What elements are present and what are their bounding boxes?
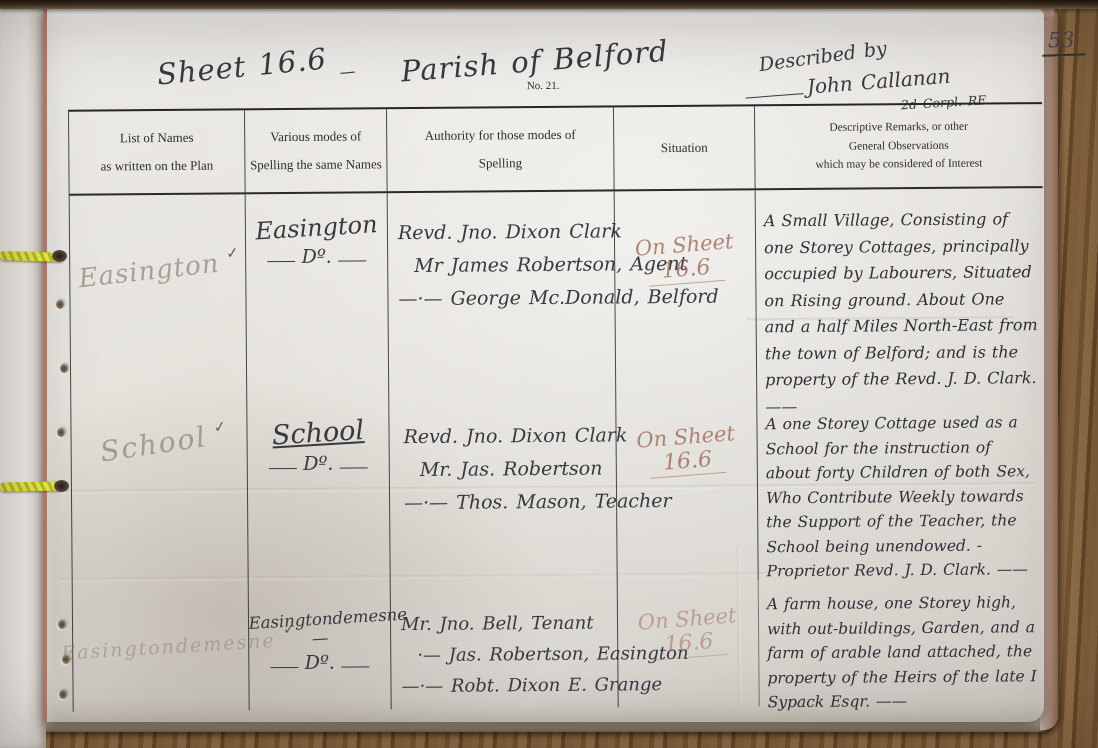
ditto-rule [339,466,367,468]
situation-sheet-number: 16.6 [648,446,727,479]
situation-sheet-number: 16.6 [650,628,729,661]
row-easingtondemesne-plan-name-cell: Easingtondemesne✓ [72,584,250,711]
spelling-ditto: Dº. [248,452,389,475]
header-line: Spelling [479,156,522,171]
punch-hole [56,300,64,309]
row-school-remarks-cell: A one Storey Cottage used as a School fo… [757,398,1045,580]
row-easington-remarks-cell: A Small Village, Consisting of one Store… [756,188,1045,400]
situation-note: On Sheet 16.6 [616,602,760,664]
authority-line: —·— George Mc.Donald, Belford [398,281,614,316]
table-body: Easington✓ Easington Dº. Revd. Jno. Dixo… [69,188,1047,712]
authority-line: Mr. Jno. Bell, Tenant [401,607,617,640]
row-easingtondemesne-authority-cell: Mr. Jno. Bell, Tenant ·— Jas. Robertson,… [391,581,619,709]
binding-thread-hole [52,250,67,262]
page-content: Sheet 16.6 _ Parish of Belford No. 21. D… [44,4,1047,726]
row-easington-authority-cell: Revd. Jno. Dixon Clark Mr James Robertso… [388,191,617,403]
header-line: as written on the Plan [101,158,214,173]
punch-hole [58,620,66,629]
header-line: Authority for those modes of [425,128,576,143]
ditto-text: Dº. [305,652,335,674]
previous-page-edge [0,0,46,748]
form-number-printed: No. 21. [527,80,560,92]
column-header-authority: Authority for those modes of Spelling [387,107,615,191]
authority-line: —·— Thos. Mason, Teacher [404,485,616,520]
header-line: Spelling the same Names [250,157,382,172]
register-page: Sheet 16.6 _ Parish of Belford No. 21. D… [44,8,1044,722]
spelling-name: School [247,414,390,453]
column-header-names: List of Names as written on the Plan [68,110,246,193]
spelling-ditto: Dº. [249,651,390,674]
authority-line: Mr. Jas. Robertson [420,452,616,487]
ditto-text: Dº. [303,453,333,475]
remarks-text: A Small Village, Consisting of one Store… [756,206,1045,420]
row-easington-situation-cell: On Sheet 16.6 [615,190,758,401]
plan-name-text: Easingtondemesne [61,630,277,665]
row-easingtondemesne-situation-cell: On Sheet 16.6 [618,580,760,707]
row-school-spelling-cell: School Dº. [247,403,390,584]
ditto-rule [341,665,369,667]
binding-thread-hole [54,480,69,492]
row-easingtondemesne-remarks-cell: A farm house, one Storey high, with out-… [759,578,1047,706]
column-header-remarks: Descriptive Remarks, or other General Ob… [755,104,1043,188]
plan-name-pencil: Easingtondemesne✓ [61,631,249,664]
ditto-text: Dº. [301,246,331,268]
plan-name-text: Easington [77,249,221,295]
sheet-number-handwritten: Sheet 16.6 _ [155,39,355,92]
checkmark: ✓ [212,417,229,437]
column-header-situation: Situation [614,106,756,189]
punch-hole [60,364,68,373]
spelling-name: Easingtondemesne — [248,606,391,652]
row-school-authority-cell: Revd. Jno. Dixon Clark Mr. Jas. Robertso… [389,401,617,583]
row-easington-spelling-cell: Easington Dº. [246,193,390,404]
remarks-text: A one Storey Cottage used as a School fo… [757,410,1045,584]
authority-line: Revd. Jno. Dixon Clark [398,215,614,250]
situation-note: On Sheet 16.6 [613,228,757,290]
signature-name: John Callanan [806,64,951,99]
authority-line: Revd. Jno. Dixon Clark [403,419,615,454]
header-line: Descriptive Remarks, or other [829,121,968,135]
header-line: which may be considered of Interest [815,158,982,172]
checkmark: ✓ [225,243,241,262]
page-number: 53 [1042,27,1086,56]
spelling-ditto: Dº. [246,245,387,268]
column-header-spelling-modes: Various modes of Spelling the same Names [245,109,388,192]
plan-name-pencil: Easington✓ [77,246,246,295]
row-easingtondemesne-spelling-cell: Easingtondemesne — Dº. [249,583,392,710]
ditto-rule [268,260,296,262]
situation-sheet-number: 16.6 [647,254,726,287]
table-header-row: List of Names as written on the Plan Var… [68,104,1043,196]
book-top-edge [0,0,1098,9]
situation-note: On Sheet 16.6 [615,420,759,482]
name-book-table: List of Names as written on the Plan Var… [68,102,1047,712]
plan-name-pencil: School✓ [98,414,248,468]
ditto-rule [338,259,366,261]
punch-hole [59,690,67,699]
header-line: General Observations [849,139,949,152]
spelling-name: Easington [245,210,387,246]
ditto-rule [271,666,299,668]
punch-hole [62,655,70,664]
row-easington-plan-name-cell: Easington✓ [69,194,248,405]
authority-line: —·— Robt. Dixon E. Grange [401,669,617,702]
book-photo-scene: Sheet 16.6 _ Parish of Belford No. 21. D… [0,0,1098,748]
header-line: Situation [661,141,708,156]
header-line: List of Names [120,131,194,146]
row-school-situation-cell: On Sheet 16.6 [616,400,758,581]
row-school-plan-name-cell: School✓ [70,404,248,585]
authority-line: ·— Jas. Robertson, Easington [417,638,617,671]
signature-flourish [745,92,803,98]
punch-hole [57,428,65,437]
authority-line: Mr James Robertson, Agent [414,248,614,283]
plan-name-text: School [98,420,209,468]
ditto-rule [269,467,297,469]
header-line: Various modes of [270,130,361,145]
remarks-text: A farm house, one Storey high, with out-… [759,590,1047,715]
